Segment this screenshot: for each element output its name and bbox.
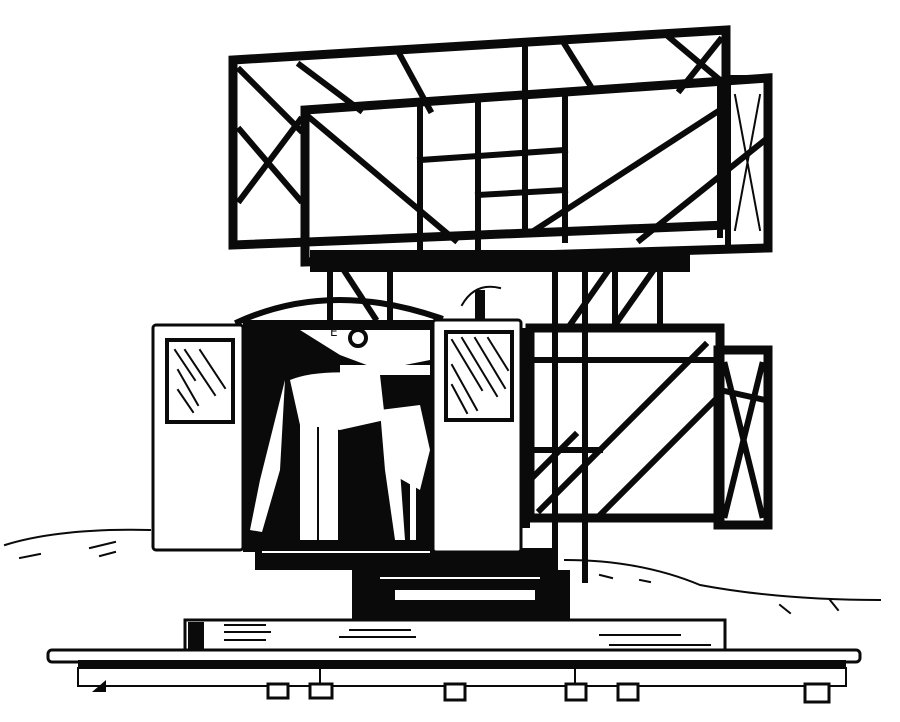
left-cabin-door xyxy=(153,325,243,550)
rail-platform xyxy=(48,620,860,702)
right-cabin-door xyxy=(433,320,521,552)
svg-text:E: E xyxy=(330,325,338,339)
upper-antenna-array xyxy=(233,30,768,262)
radar-station-illustration: E xyxy=(0,0,900,722)
rotating-base xyxy=(352,570,570,620)
